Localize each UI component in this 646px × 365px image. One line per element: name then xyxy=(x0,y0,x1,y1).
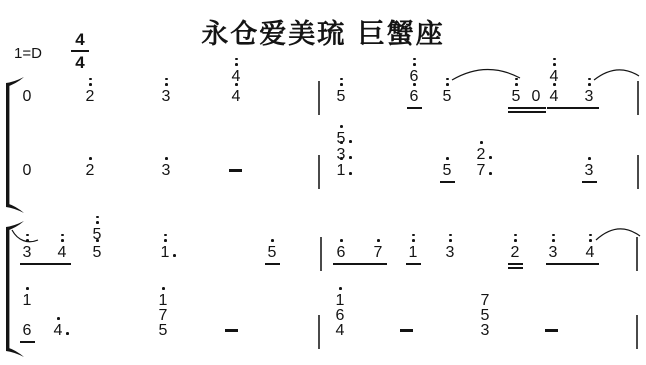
octave-dot xyxy=(164,239,167,242)
octave-dot xyxy=(515,83,518,86)
octave-dot xyxy=(589,239,592,242)
note-digit: 4 xyxy=(55,244,69,261)
octave-dot xyxy=(340,239,343,242)
octave-dot xyxy=(480,141,483,144)
bracket-bottom-hook xyxy=(6,203,24,213)
augmentation-dot xyxy=(489,156,492,159)
dash-note xyxy=(225,329,238,332)
barline xyxy=(636,237,638,271)
time-signature: 4 4 xyxy=(68,30,92,72)
time-signature-fraction-bar xyxy=(71,50,89,52)
note-digit: 2 xyxy=(508,244,522,261)
octave-dot xyxy=(340,83,343,86)
octave-dot xyxy=(446,157,449,160)
dash-note xyxy=(229,169,242,172)
note-digit: 4 xyxy=(229,88,243,105)
note-digit: 5 xyxy=(90,244,104,261)
octave-dot xyxy=(89,78,92,81)
octave-dot xyxy=(446,78,449,81)
octave-dot xyxy=(413,63,416,66)
octave-dot xyxy=(552,234,555,237)
octave-dot xyxy=(89,157,92,160)
octave-dot xyxy=(96,221,99,224)
octave-dot xyxy=(553,83,556,86)
octave-dot xyxy=(89,83,92,86)
note-digit: 2 xyxy=(83,88,97,105)
system-bracket xyxy=(6,84,9,206)
beam-underline xyxy=(265,263,280,265)
beam-underline xyxy=(407,107,422,109)
octave-dot xyxy=(26,234,29,237)
note-digit: 7 xyxy=(371,244,385,261)
slur-tie xyxy=(12,230,38,242)
octave-dot xyxy=(96,216,99,219)
note-digit: 5 xyxy=(440,162,454,179)
note-digit: 5 xyxy=(156,322,170,339)
octave-dot xyxy=(446,83,449,86)
octave-dot xyxy=(340,157,343,160)
note-digit: 1 xyxy=(20,292,34,309)
note-digit: 3 xyxy=(478,322,492,339)
note-digit: 2 xyxy=(83,162,97,179)
octave-dot xyxy=(412,234,415,237)
octave-dot xyxy=(553,58,556,61)
note-digit: 3 xyxy=(546,244,560,261)
octave-dot xyxy=(61,234,64,237)
octave-dot xyxy=(271,239,274,242)
score-overlay xyxy=(0,0,646,365)
beam-underline xyxy=(547,107,599,109)
beam-underline xyxy=(508,263,523,265)
note-digit: 2 xyxy=(474,146,488,163)
octave-dot xyxy=(588,83,591,86)
octave-dot xyxy=(340,141,343,144)
octave-dot xyxy=(588,78,591,81)
beam-underline xyxy=(508,107,546,109)
octave-dot xyxy=(413,83,416,86)
time-signature-denominator: 4 xyxy=(68,53,92,72)
note-digit: 4 xyxy=(547,88,561,105)
octave-dot xyxy=(340,78,343,81)
slur-tie xyxy=(594,70,639,80)
dash-note xyxy=(545,329,558,332)
octave-dot xyxy=(235,58,238,61)
note-digit: 1 xyxy=(334,162,348,179)
octave-dot xyxy=(514,234,517,237)
slur-tie xyxy=(452,69,520,80)
augmentation-dot xyxy=(66,332,69,335)
octave-dot xyxy=(340,125,343,128)
octave-dot xyxy=(449,234,452,237)
dash-note xyxy=(400,329,413,332)
slur-tie xyxy=(596,229,640,240)
bracket-top-hook xyxy=(6,221,24,231)
note-digit: 5 xyxy=(334,130,348,147)
barline xyxy=(320,237,322,271)
beam-underline xyxy=(582,181,597,183)
note-digit: 6 xyxy=(334,244,348,261)
octave-dot xyxy=(26,239,29,242)
octave-dot xyxy=(162,287,165,290)
octave-dot xyxy=(588,157,591,160)
octave-dot xyxy=(235,83,238,86)
time-signature-numerator: 4 xyxy=(68,30,92,49)
sheet-music-page: 永仓爱美琉 巨蟹座 1=D 4 4 0234456655044302353152… xyxy=(0,0,646,365)
note-digit: 3 xyxy=(159,162,173,179)
note-digit: 0 xyxy=(20,88,34,105)
note-digit: 7 xyxy=(474,162,488,179)
beam-underline xyxy=(406,263,421,265)
octave-dot xyxy=(61,239,64,242)
note-digit: 5 xyxy=(509,88,523,105)
octave-dot xyxy=(449,239,452,242)
beam-underline xyxy=(20,263,71,265)
barline xyxy=(637,81,639,115)
augmentation-dot xyxy=(349,156,352,159)
note-digit: 4 xyxy=(333,322,347,339)
note-digit: 6 xyxy=(407,88,421,105)
octave-dot xyxy=(165,157,168,160)
note-digit: 3 xyxy=(334,146,348,163)
note-digit: 6 xyxy=(20,322,34,339)
note-digit: 3 xyxy=(159,88,173,105)
note-digit: 5 xyxy=(334,88,348,105)
note-digit: 0 xyxy=(20,162,34,179)
octave-dot xyxy=(165,83,168,86)
beam-underline xyxy=(20,341,35,343)
note-digit: 5 xyxy=(265,244,279,261)
system-bracket xyxy=(6,228,9,350)
octave-dot xyxy=(165,78,168,81)
note-digit: 0 xyxy=(529,88,543,105)
octave-dot xyxy=(589,234,592,237)
note-digit: 3 xyxy=(582,162,596,179)
octave-dot xyxy=(514,239,517,242)
octave-dot xyxy=(552,239,555,242)
beam-underline xyxy=(508,267,523,269)
octave-dot xyxy=(412,239,415,242)
beam-underline xyxy=(440,181,455,183)
beam-underline xyxy=(508,111,546,113)
augmentation-dot xyxy=(489,172,492,175)
octave-dot xyxy=(164,234,167,237)
note-digit: 1 xyxy=(158,244,172,261)
note-digit: 5 xyxy=(440,88,454,105)
note-digit: 1 xyxy=(406,244,420,261)
octave-dot xyxy=(377,239,380,242)
beam-underline xyxy=(333,263,387,265)
beam-underline xyxy=(546,263,599,265)
octave-dot xyxy=(339,287,342,290)
note-digit: 4 xyxy=(51,322,65,339)
octave-dot xyxy=(413,58,416,61)
note-digit: 4 xyxy=(583,244,597,261)
octave-dot xyxy=(515,78,518,81)
barline xyxy=(637,155,639,189)
page-title: 永仓爱美琉 巨蟹座 xyxy=(0,12,646,51)
note-digit: 3 xyxy=(443,244,457,261)
octave-dot xyxy=(553,63,556,66)
note-digit: 3 xyxy=(582,88,596,105)
octave-dot xyxy=(235,63,238,66)
bracket-top-hook xyxy=(6,77,24,87)
augmentation-dot xyxy=(349,140,352,143)
barline xyxy=(318,81,320,115)
augmentation-dot xyxy=(349,172,352,175)
octave-dot xyxy=(26,287,29,290)
augmentation-dot xyxy=(173,254,176,257)
barline xyxy=(318,155,320,189)
octave-dot xyxy=(57,317,60,320)
bracket-bottom-hook xyxy=(6,347,24,357)
barline xyxy=(318,315,320,349)
key-signature: 1=D xyxy=(14,45,42,62)
octave-dot xyxy=(96,239,99,242)
note-digit: 3 xyxy=(20,244,34,261)
barline xyxy=(636,315,638,349)
